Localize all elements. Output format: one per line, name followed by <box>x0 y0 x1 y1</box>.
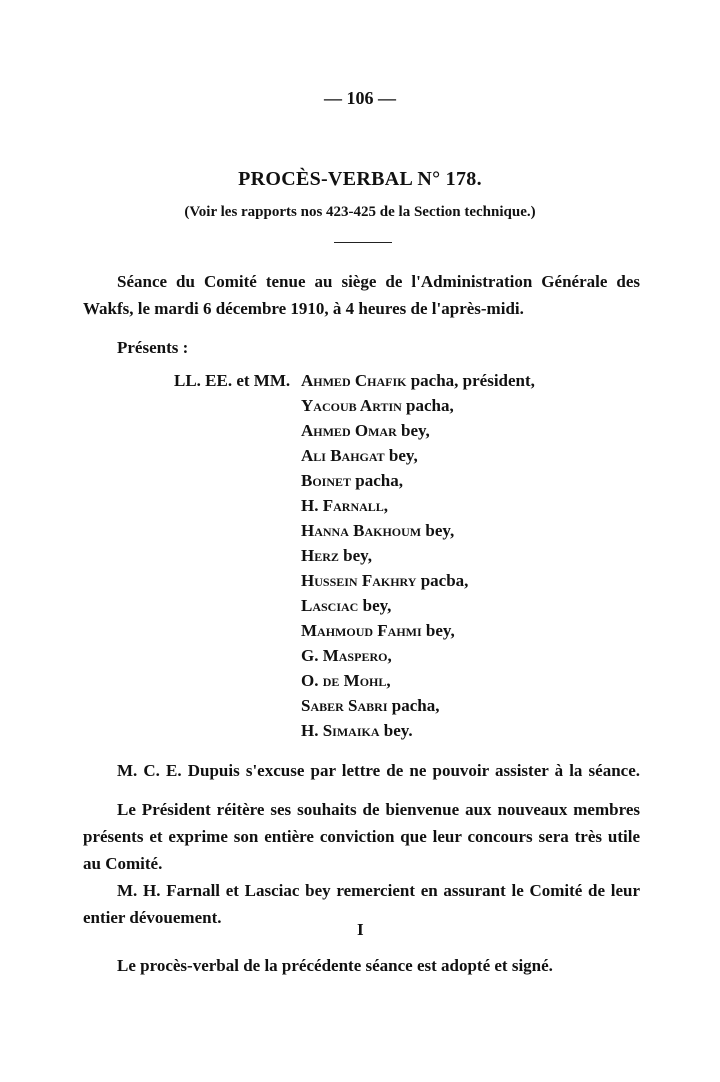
member-name: O. de Mohl <box>301 671 386 690</box>
president-line-2: présents et exprime son entière convicti… <box>83 823 640 850</box>
presents-label: Présents : <box>117 334 188 361</box>
member-title: pacha, <box>351 471 403 490</box>
member-name: Boinet <box>301 471 351 490</box>
member-item: Hussein Fakhry pacba, <box>301 571 468 591</box>
member-title: pacba, <box>416 571 468 590</box>
member-item: Mahmoud Fahmi bey, <box>301 621 455 641</box>
member-item: H. Farnall, <box>301 496 388 516</box>
member-name: Lasciac <box>301 596 358 615</box>
honorifics-label: LL. EE. et MM. <box>174 371 290 391</box>
member-name: Ali Bahgat <box>301 446 385 465</box>
member-name: Ahmed Omar <box>301 421 397 440</box>
member-item: H. Simaika bey. <box>301 721 413 741</box>
president-line-1: Le Président réitère ses souhaits de bie… <box>117 796 640 823</box>
farnall-line-1: M. H. Farnall et Lasciac bey remercient … <box>117 877 640 904</box>
section-numeral: I <box>357 916 364 943</box>
member-item: Lasciac bey, <box>301 596 391 616</box>
member-title: , <box>387 646 391 665</box>
member-item: Ali Bahgat bey, <box>301 446 418 466</box>
member-name: Ahmed Chafik <box>301 371 406 390</box>
member-title: bey, <box>422 621 455 640</box>
member-name: Herz <box>301 546 339 565</box>
member-title: , <box>384 496 388 515</box>
member-title: bey, <box>358 596 391 615</box>
page-number: — 106 — <box>0 88 720 109</box>
president-line-3: au Comité. <box>83 850 162 877</box>
member-title: bey, <box>385 446 418 465</box>
member-title: bey, <box>339 546 372 565</box>
member-name: Saber Sabri <box>301 696 388 715</box>
member-title: bey, <box>397 421 430 440</box>
member-item: G. Maspero, <box>301 646 392 666</box>
title-divider <box>334 242 392 243</box>
member-name: Mahmoud Fahmi <box>301 621 422 640</box>
member-item: O. de Mohl, <box>301 671 391 691</box>
document-page: — 106 — PROCÈS-VERBAL N° 178. (Voir les … <box>0 0 720 1082</box>
intro-line-1: Séance du Comité tenue au siège de l'Adm… <box>117 268 640 295</box>
member-name: Yacoub Artin <box>301 396 402 415</box>
member-title: , <box>386 671 390 690</box>
member-title: pacha, <box>388 696 440 715</box>
member-item: Herz bey, <box>301 546 372 566</box>
member-item: Ahmed Omar bey, <box>301 421 430 441</box>
intro-line-2: Wakfs, le mardi 6 décembre 1910, à 4 heu… <box>83 295 524 322</box>
member-item: Boinet pacha, <box>301 471 403 491</box>
excuse-paragraph: M. C. E. Dupuis s'excuse par lettre de n… <box>117 757 640 784</box>
member-title: pacha, <box>402 396 454 415</box>
farnall-line-2: entier dévouement. <box>83 904 222 931</box>
member-name: H. Simaika <box>301 721 380 740</box>
page-title: PROCÈS-VERBAL N° 178. <box>0 168 720 191</box>
member-name: Hanna Bakhoum <box>301 521 421 540</box>
member-name: Hussein Fakhry <box>301 571 416 590</box>
member-item: Ahmed Chafik pacha, président, <box>301 371 535 391</box>
member-item: Yacoub Artin pacha, <box>301 396 454 416</box>
member-title: pacha, président, <box>406 371 534 390</box>
member-title: bey, <box>421 521 454 540</box>
member-name: G. Maspero <box>301 646 387 665</box>
subtitle-reference: (Voir les rapports nos 423-425 de la Sec… <box>0 204 720 221</box>
member-name: H. Farnall <box>301 496 384 515</box>
minutes-adopted: Le procès-verbal de la précédente séance… <box>117 952 553 979</box>
member-title: bey. <box>380 721 413 740</box>
member-item: Hanna Bakhoum bey, <box>301 521 454 541</box>
member-item: Saber Sabri pacha, <box>301 696 439 716</box>
